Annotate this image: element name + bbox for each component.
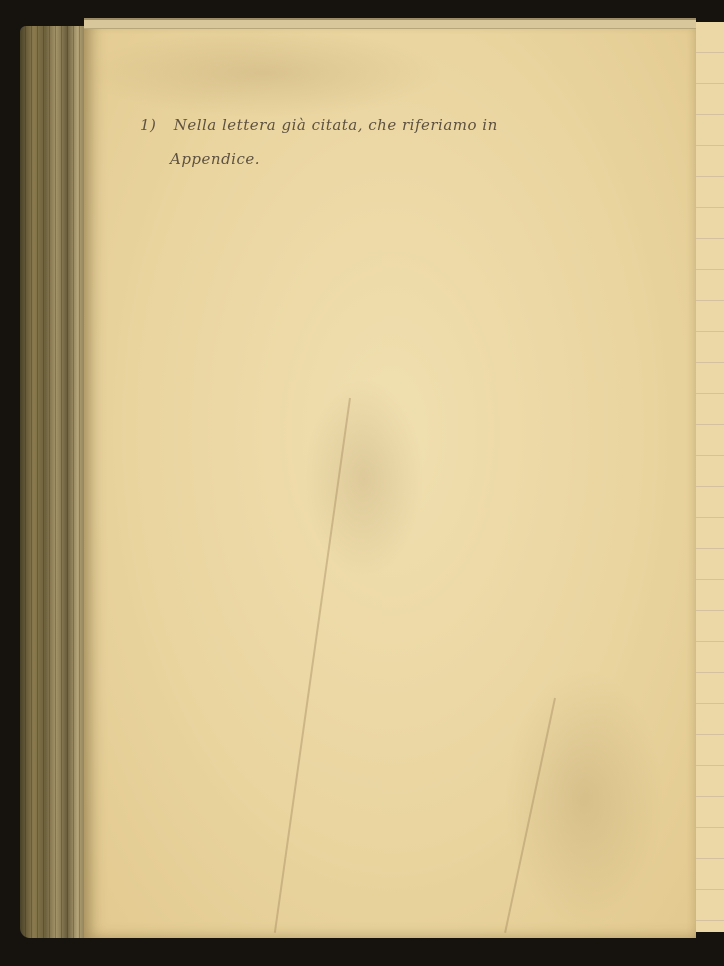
facing-page [692, 22, 724, 932]
footnote: 1) Nella lettera già citata, che riferia… [140, 108, 580, 176]
footnote-line-2: Appendice. [140, 142, 580, 176]
stain [84, 28, 444, 118]
footnote-line-1: Nella lettera già citata, che riferiamo … [174, 116, 498, 134]
footnote-marker: 1) [140, 116, 156, 134]
stain [504, 668, 664, 928]
stain [304, 378, 424, 578]
page-top-edge [84, 18, 696, 29]
